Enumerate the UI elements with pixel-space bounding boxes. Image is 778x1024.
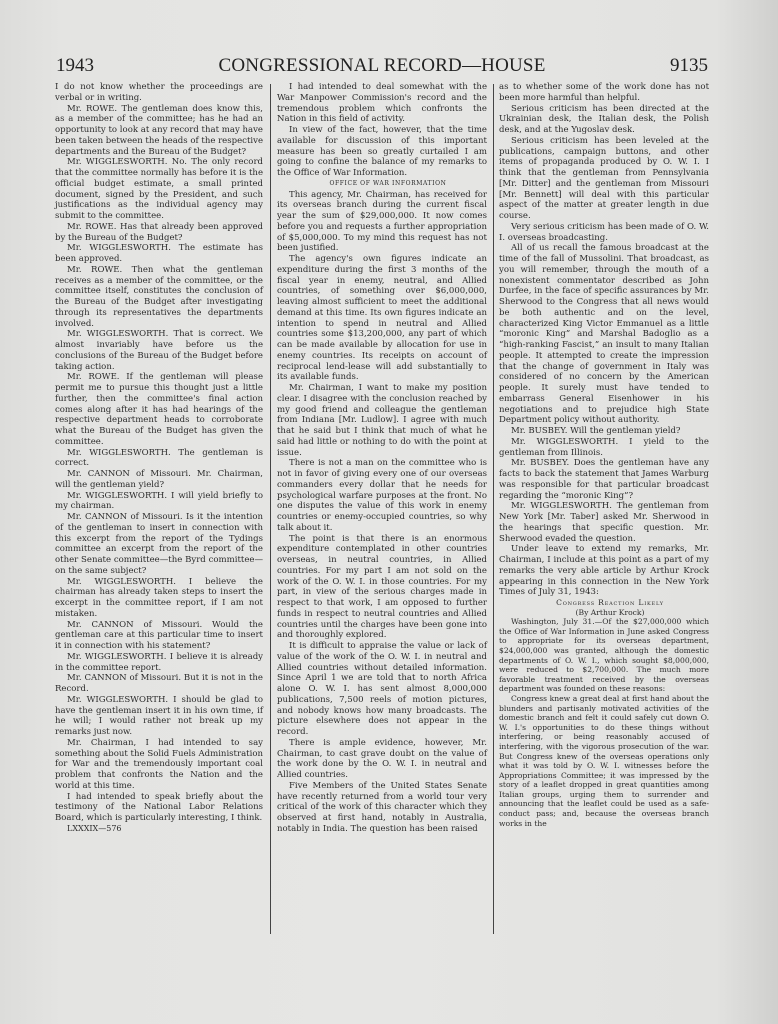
column-rule-1 [270, 84, 271, 934]
paragraph: Mr. Chairman, I had intended to say some… [55, 738, 263, 792]
paragraph: Mr. ROWE. Then what the gentleman receiv… [55, 265, 263, 330]
column-3: as to whether some of the work done has … [499, 82, 709, 828]
paragraph: Serious criticism has been directed at t… [499, 104, 709, 136]
running-head: 1943 CONGRESSIONAL RECORD—HOUSE 9135 [56, 55, 708, 79]
column-2: I had intended to deal somewhat with the… [277, 82, 487, 835]
paragraph: Mr. WIGGLESWORTH. I yield to the gentlem… [499, 437, 709, 459]
paragraph: Mr. Chairman, I want to make my position… [277, 383, 487, 458]
article-paragraph: Congress knew a great deal at first hand… [499, 694, 709, 828]
paragraph: I had intended to speak briefly about th… [55, 792, 263, 824]
paragraph: It is difficult to appraise the value or… [277, 641, 487, 738]
paragraph: Mr. WIGGLESWORTH. The gentleman from New… [499, 501, 709, 544]
paragraph: Very serious criticism has been made of … [499, 222, 709, 244]
paragraph: Mr. WIGGLESWORTH. No. The only record th… [55, 157, 263, 222]
publication-title: CONGRESSIONAL RECORD—HOUSE [56, 55, 708, 77]
paragraph: Serious criticism has been leveled at th… [499, 136, 709, 222]
column-rule-2 [493, 84, 494, 934]
paragraph: Mr. WIGGLESWORTH. The estimate has been … [55, 243, 263, 265]
paragraph: Mr. WIGGLESWORTH. I believe the chairman… [55, 577, 263, 620]
paragraph: Mr. CANNON of Missouri. But it is not in… [55, 673, 263, 695]
paragraph: Mr. WIGGLESWORTH. I should be glad to ha… [55, 695, 263, 738]
paragraph: I had intended to deal somewhat with the… [277, 82, 487, 125]
page-number: 9135 [670, 55, 708, 77]
paragraph: Mr. BUSBEY. Will the gentleman yield? [499, 426, 709, 437]
paragraph: as to whether some of the work done has … [499, 82, 709, 104]
paragraph: Mr. ROWE. If the gentleman will please p… [55, 372, 263, 447]
section-subheading: OFFICE OF WAR INFORMATION [277, 179, 487, 190]
article-paragraph: Washington, July 31.—Of the $27,000,000 … [499, 617, 709, 694]
paragraph: The point is that there is an enormous e… [277, 534, 487, 642]
paragraph: This agency, Mr. Chairman, has received … [277, 190, 487, 255]
paragraph: The agency's own figures indicate an exp… [277, 254, 487, 383]
paragraph: In view of the fact, however, that the t… [277, 125, 487, 179]
quoted-article: Congress Reaction Likely (By Arthur Kroc… [499, 598, 709, 828]
paragraph: Mr. ROWE. Has that already been approved… [55, 222, 263, 244]
paragraph: Mr. CANNON of Missouri. Is it the intent… [55, 512, 263, 577]
paragraph: Mr. WIGGLESWORTH. I believe it is alread… [55, 652, 263, 674]
paragraph: There is not a man on the committee who … [277, 458, 487, 533]
paragraph: Mr. WIGGLESWORTH. That is correct. We al… [55, 329, 263, 372]
paragraph: Mr. CANNON of Missouri. Would the gentle… [55, 620, 263, 652]
paragraph: Five Members of the United States Senate… [277, 781, 487, 835]
paragraph: Mr. ROWE. The gentleman does know this, … [55, 104, 263, 158]
paragraph: Mr. WIGGLESWORTH. The gentleman is corre… [55, 448, 263, 470]
paragraph: Under leave to extend my remarks, Mr. Ch… [499, 544, 709, 598]
article-headline: Congress Reaction Likely [499, 598, 709, 608]
article-byline: (By Arthur Krock) [499, 608, 709, 618]
paragraph: Mr. CANNON of Missouri. Mr. Chairman, wi… [55, 469, 263, 491]
paragraph: Mr. BUSBEY. Does the gentleman have any … [499, 458, 709, 501]
paragraph: There is ample evidence, however, Mr. Ch… [277, 738, 487, 781]
paragraph: Mr. WIGGLESWORTH. I will yield briefly t… [55, 491, 263, 513]
column-1: I do not know whether the proceedings ar… [55, 82, 263, 835]
document-page: 1943 CONGRESSIONAL RECORD—HOUSE 9135 I d… [0, 0, 778, 1024]
paragraph: I do not know whether the proceedings ar… [55, 82, 263, 104]
paragraph: All of us recall the famous broadcast at… [499, 243, 709, 426]
signature-mark: LXXXIX—576 [55, 824, 263, 835]
